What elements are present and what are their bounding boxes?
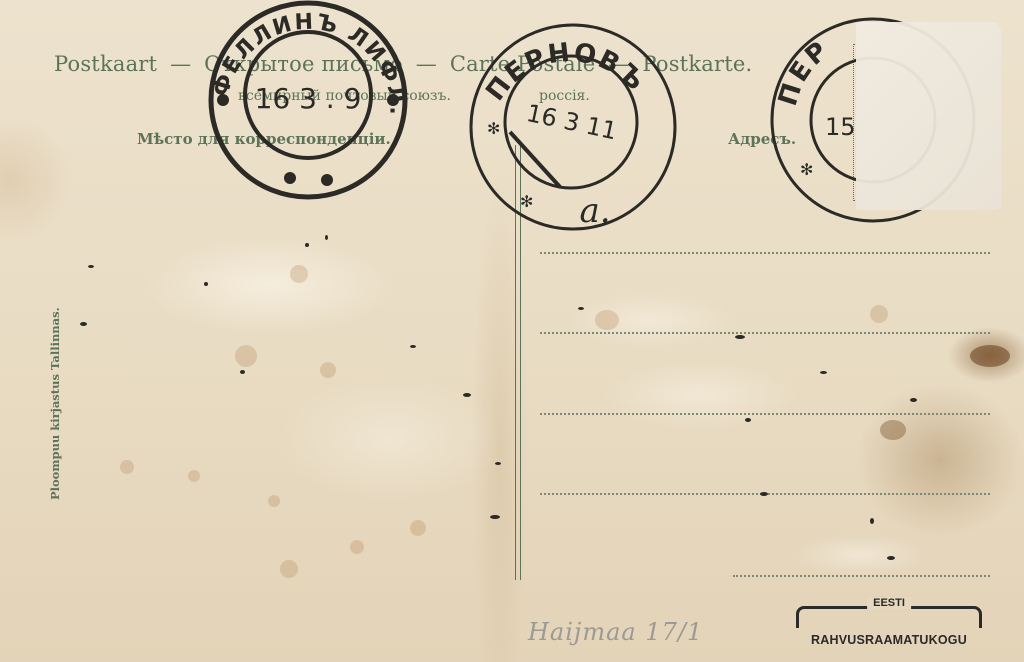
library-stamp: EESTI RAHVUSRAAMATUKOGU — [796, 600, 982, 652]
stamp-remnant-overlay — [856, 22, 1001, 210]
ink-trace — [88, 265, 94, 268]
foxing-spot — [595, 310, 619, 330]
foxing-spot — [870, 305, 888, 323]
address-line — [540, 413, 990, 415]
ink-trace — [910, 398, 917, 402]
foxing-spot — [235, 345, 257, 367]
address-line — [540, 332, 990, 334]
address-line — [540, 252, 990, 254]
foxing-spot — [350, 540, 364, 554]
header-estonian: Postkaart — [54, 52, 157, 76]
library-stamp-bracket — [796, 606, 982, 628]
postmark-3-town: ПЕР — [773, 34, 836, 109]
foxing-spot — [880, 420, 906, 440]
pencil-annotation: Haijmaa 17/1 — [528, 618, 703, 646]
ink-stain — [970, 345, 1010, 367]
postmark-1: ФЕЛЛИНЪ ЛИФЛ. 16 3 . 9 — [205, 0, 415, 210]
library-stamp-top: EESTI — [867, 597, 911, 609]
ink-trace — [410, 345, 416, 348]
ink-trace — [887, 556, 895, 560]
ink-trace — [578, 307, 584, 310]
ink-trace — [204, 282, 208, 286]
ink-trace — [495, 462, 501, 465]
postmark-2-town: ПЕРНОВЪ — [480, 38, 651, 107]
foxing-spot — [120, 460, 134, 474]
ink-trace — [463, 393, 471, 397]
foxing-spot — [290, 265, 308, 283]
ink-trace — [745, 418, 751, 422]
foxing-spot — [320, 362, 336, 378]
ink-trace — [820, 371, 827, 374]
svg-text:✻: ✻ — [800, 160, 813, 179]
postcard: Postkaart — Открытое письмо — Carte Post… — [0, 0, 1024, 662]
address-line — [733, 575, 990, 577]
svg-text:✻: ✻ — [520, 192, 533, 211]
foxing-spot — [188, 470, 200, 482]
ink-trace — [305, 243, 309, 247]
postmark-2-date: 16 3 11 — [524, 99, 619, 145]
postmark-3-date: 15 — [825, 113, 856, 141]
foxing-spot — [268, 495, 280, 507]
svg-text:ПЕРНОВЪ: ПЕРНОВЪ — [480, 38, 651, 107]
svg-text:ПЕР: ПЕР — [773, 34, 836, 109]
postmark-2: ПЕРНОВЪ 16 3 11 a. ✻ ✻ — [465, 22, 685, 237]
ink-trace — [760, 492, 768, 496]
publisher-imprint: Ploompuu kirjastus Tallinnas. — [48, 307, 62, 500]
ink-trace — [80, 322, 87, 326]
ink-trace — [325, 235, 328, 240]
foxing-spot — [280, 560, 298, 578]
ink-trace — [735, 335, 745, 339]
ink-trace — [870, 518, 874, 524]
foxing-spot — [410, 520, 426, 536]
svg-text:✻: ✻ — [487, 119, 500, 138]
postmark-1-date: 16 3 . 9 — [255, 82, 362, 115]
ink-trace — [490, 515, 500, 519]
ink-trace — [240, 370, 245, 374]
library-stamp-bottom: RAHVUSRAAMATUKOGU — [796, 633, 982, 647]
postmark-2-series: a. — [579, 191, 610, 231]
